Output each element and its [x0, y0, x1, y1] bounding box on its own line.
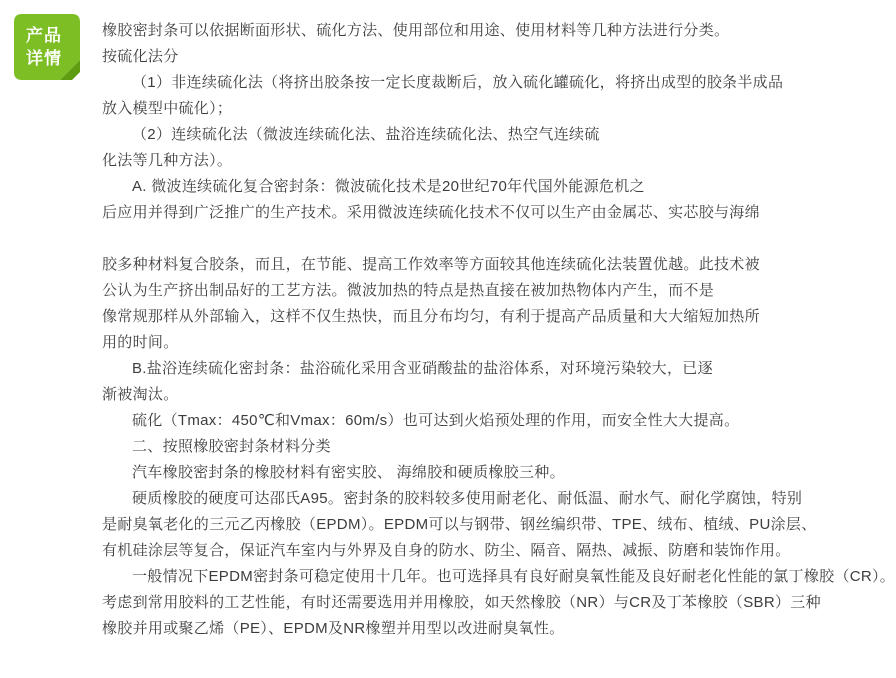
text-line: 二、按照橡胶密封条材料分类	[102, 434, 882, 460]
text-line: （2）连续硫化法（微波连续硫化法、盐浴连续硫化法、热空气连续硫	[102, 122, 882, 148]
text-line: A. 微波连续硫化复合密封条：微波硫化技术是20世纪70年代国外能源危机之	[102, 174, 882, 200]
blank-line	[102, 226, 882, 252]
badge-label-line1: 产品	[14, 24, 74, 47]
text-line: 有机硅涂层等复合，保证汽车室内与外界及自身的防水、防尘、隔音、隔热、减振、防磨和…	[102, 538, 882, 564]
text-line: 按硫化法分	[102, 44, 882, 70]
text-line: 化法等几种方法）。	[102, 148, 882, 174]
text-line: 考虑到常用胶料的工艺性能，有时还需要选用并用橡胶，如天然橡胶（NR）与CR及丁苯…	[102, 590, 882, 616]
text-line: 橡胶并用或聚乙烯（PE）、EPDM及NR橡塑并用型以改进耐臭氧性。	[102, 616, 882, 642]
text-line: 渐被淘汰。	[102, 382, 882, 408]
text-line: 用的时间。	[102, 330, 882, 356]
text-line: 是耐臭氧老化的三元乙丙橡胶（EPDM）。EPDM可以与钢带、钢丝编织带、TPE、…	[102, 512, 882, 538]
badge-label-line2: 详情	[14, 47, 74, 70]
text-line: 橡胶密封条可以依据断面形状、硫化方法、使用部位和用途、使用材料等几种方法进行分类…	[102, 18, 882, 44]
badge-label: 产品 详情	[14, 24, 74, 70]
text-line: 汽车橡胶密封条的橡胶材料有密实胶、 海绵胶和硬质橡胶三种。	[102, 460, 882, 486]
product-details-badge: 产品 详情	[14, 14, 80, 80]
text-line: 硫化（Tmax：450℃和Vmax：60m/s）也可达到火焰预处理的作用，而安全…	[102, 408, 882, 434]
text-line: 像常规那样从外部输入，这样不仅生热快，而且分布均匀，有利于提高产品质量和大大缩短…	[102, 304, 882, 330]
text-line: （1）非连续硫化法（将挤出胶条按一定长度裁断后，放入硫化罐硫化，将挤出成型的胶条…	[102, 70, 882, 96]
text-line: B.盐浴连续硫化密封条：盐浴硫化采用含亚硝酸盐的盐浴体系，对环境污染较大，已逐	[102, 356, 882, 382]
text-line: 一般情况下EPDM密封条可稳定使用十几年。也可选择具有良好耐臭氧性能及良好耐老化…	[102, 564, 882, 590]
text-line: 胶多种材料复合胶条，而且，在节能、提高工作效率等方面较其他连续硫化法装置优越。此…	[102, 252, 882, 278]
product-description-text: 橡胶密封条可以依据断面形状、硫化方法、使用部位和用途、使用材料等几种方法进行分类…	[102, 18, 882, 642]
text-line: 硬质橡胶的硬度可达邵氏A95。密封条的胶料较多使用耐老化、耐低温、耐水气、耐化学…	[102, 486, 882, 512]
text-line: 公认为生产挤出制品好的工艺方法。微波加热的特点是热直接在被加热物体内产生，而不是	[102, 278, 882, 304]
text-line: 放入模型中硫化）；	[102, 96, 882, 122]
text-line: 后应用并得到广泛推广的生产技术。采用微波连续硫化技术不仅可以生产由金属芯、实芯胶…	[102, 200, 882, 226]
